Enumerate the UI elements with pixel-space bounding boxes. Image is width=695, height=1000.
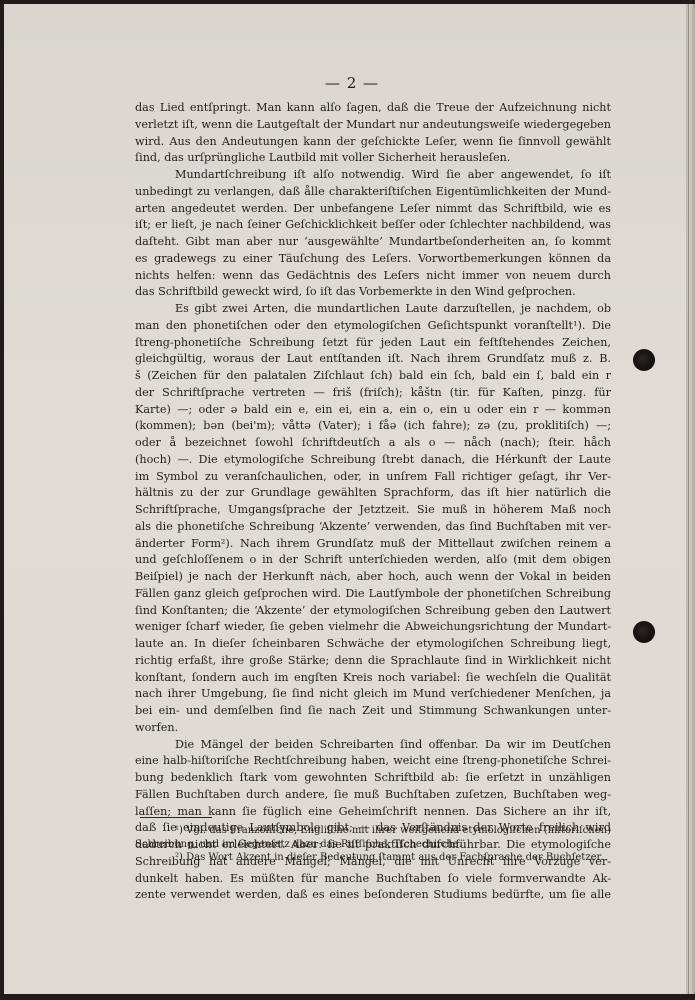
text-line: arten angedeutet werden. Der unbefangene… [135, 201, 611, 218]
text-line: das Schriftbild geweckt wird, ſo iſt das… [135, 284, 611, 301]
text-line: es gradewegs zu einer Täuſchung des Leſe… [135, 251, 611, 268]
text-line: bung bedenklich ſtark vom gewohnten Schr… [135, 770, 611, 787]
text-line: Mundartſchreibung iſt alſo notwendig. Wi… [135, 167, 611, 184]
text-line: ſind Konſtanten; die ‘Akzente’ der etymo… [135, 603, 611, 620]
page-edge-line [688, 4, 689, 994]
text-line: im Symbol zu veranſchaulichen, oder, in … [135, 469, 611, 486]
footnotes: ¹) Vgl. das Franzöſiſche, Engliſche mit … [135, 824, 611, 865]
text-line: ſind, das urſprüngliche Lautbild mit vol… [135, 150, 611, 167]
text-line: (hoch) —. Die etymologiſche Schreibung ſ… [135, 452, 611, 469]
text-line: das Lied entſpringt. Man kann alſo ſagen… [135, 100, 611, 117]
text-line: man den phonetiſchen oder den etymologiſ… [135, 318, 611, 335]
text-line: Karte) —; oder ə bald ein e, ein ei, ein… [135, 402, 611, 419]
text-line: änderter Form²). Nach ihrem Grundſatz mu… [135, 536, 611, 553]
text-line: richtig erfaßt, ihre große Stärke; denn … [135, 653, 611, 670]
text-line: und geſchloſſenem o in der Schrift unter… [135, 552, 611, 569]
text-line: iſt; er lieſt, je nach ſeiner Geſchickli… [135, 217, 611, 234]
text-line: hältnis zu der zur Grundlage gewählten S… [135, 485, 611, 502]
text-line: bei ein- und demſelben ſind ſie nach Zei… [135, 703, 611, 720]
footnote-line: ²) Das Wort Akzent in dieſer Bedeutung ſ… [135, 851, 611, 865]
footnote-line: ¹) Vgl. das Franzöſiſche, Engliſche mit … [135, 824, 611, 838]
text-line: ſtreng-phonetiſche Schreibung ſetzt für … [135, 335, 611, 352]
text-line: Schriftſprache, Umgangsſprache der Jetzt… [135, 502, 611, 519]
text-line: Fällen Buchſtaben durch andere, ſie muß … [135, 787, 611, 804]
text-line: der Schriftſprache vertreten — friš (fri… [135, 385, 611, 402]
text-line: (kommen); bən (bei'm); våttə (Vater); i … [135, 418, 611, 435]
text-line: nach ihrer Umgebung, ſie ſind nicht glei… [135, 686, 611, 703]
text-line: wird. Aus den Andeutungen kann der geſch… [135, 134, 611, 151]
text-line: Fällen ganz gleich geſprochen wird. Die … [135, 586, 611, 603]
text-line: Beiſpiel) je nach der Herkunft nȧch, abe… [135, 569, 611, 586]
punch-hole-icon [633, 621, 655, 643]
text-line: š (Zeichen für den palatalen Ziſchlaut ſ… [135, 368, 611, 385]
document-page: — 2 — das Lied entſpringt. Man kann alſo… [4, 4, 686, 994]
text-line: zente verwendet werden, daß es eines beſ… [135, 887, 611, 904]
page-number: — 2 — [4, 74, 686, 92]
text-line: laute an. In dieſer ſcheinbaren Schwäche… [135, 636, 611, 653]
punch-hole-icon [633, 349, 655, 371]
text-line: oder å bezeichnet ſowohl ſchriftdeutſch … [135, 435, 611, 452]
footnote-line: Schreibung, und im Gegenſatz dazu das Ru… [135, 838, 611, 852]
text-line: als die phonetiſche Schreibung ‘Akzente’… [135, 519, 611, 536]
footnote-separator [140, 817, 212, 818]
text-line: konſtant, ſondern auch im engſten Kreis … [135, 670, 611, 687]
text-line: verletzt iſt, wenn die Lautgeſtalt der M… [135, 117, 611, 134]
text-line: Die Mängel der beiden Schreibarten ſind … [135, 737, 611, 754]
text-line: eine halb-hiſtoriſche Rechtſchreibung ha… [135, 753, 611, 770]
text-line: daſteht. Gibt man aber nur ‘ausgewählte’… [135, 234, 611, 251]
text-line: nichts helfen: wenn das Gedächtnis des L… [135, 268, 611, 285]
body-text: das Lied entſpringt. Man kann alſo ſagen… [135, 100, 611, 904]
text-line: dunkelt haben. Es müßten für manche Buch… [135, 871, 611, 888]
text-line: weniger ſcharf wieder, ſie geben vielmeh… [135, 619, 611, 636]
text-line: gleichgültig, woraus der Laut entſtanden… [135, 351, 611, 368]
text-line: Es gibt zwei Arten, die mundartlichen La… [135, 301, 611, 318]
text-line: unbedingt zu verlangen, daß ålle charakt… [135, 184, 611, 201]
text-line: worfen. [135, 720, 611, 737]
